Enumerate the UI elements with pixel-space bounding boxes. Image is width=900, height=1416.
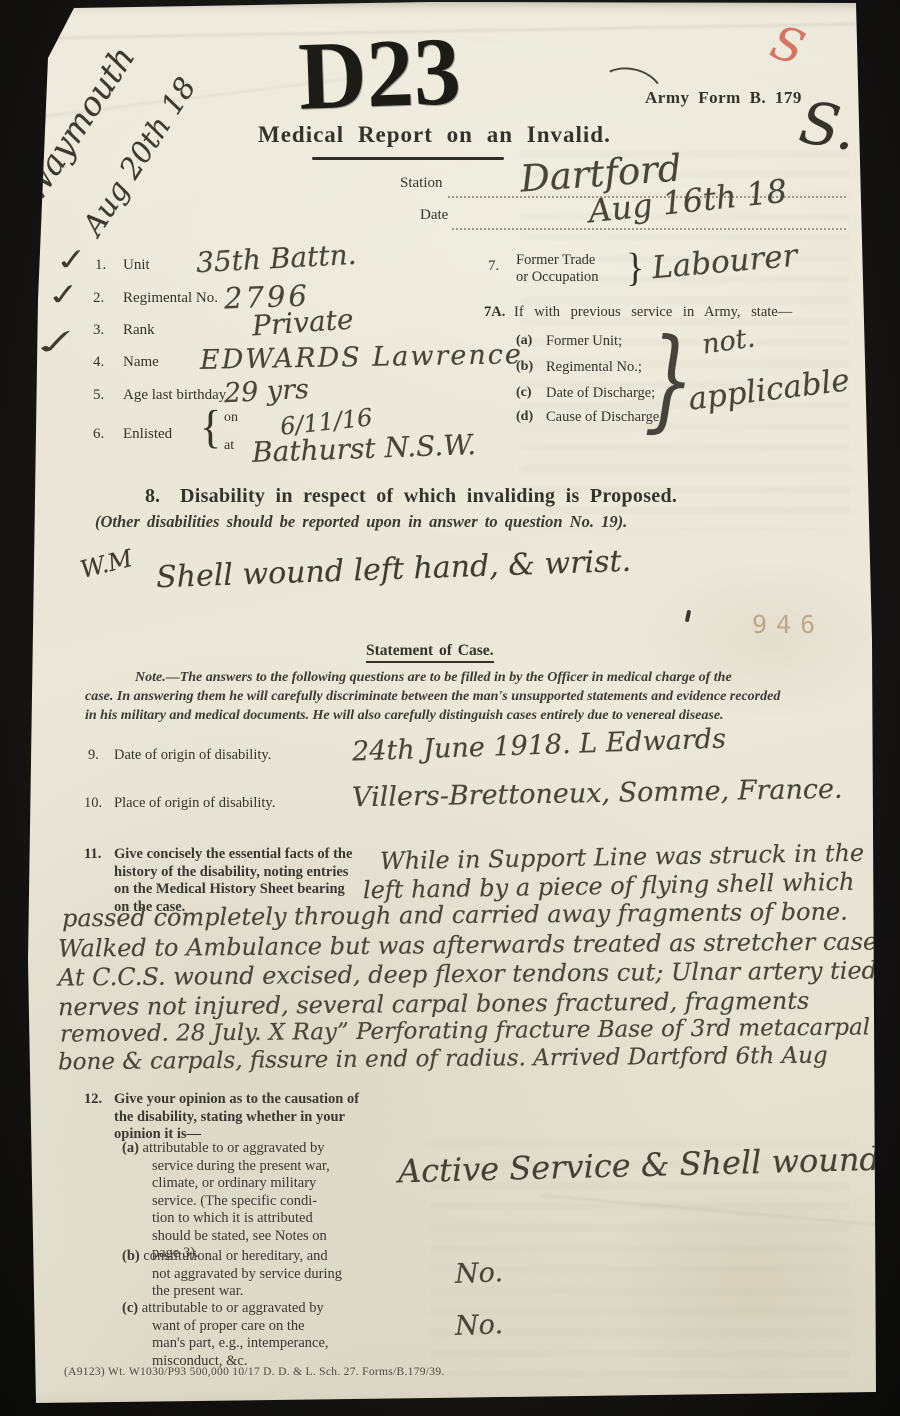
paper-stain: [600, 1150, 900, 1410]
scanned-document-photo: Waymouth Aug 20th 18 D23 Army Form B. 17…: [0, 0, 900, 1416]
examiner-initials-mark: W.M: [77, 544, 135, 584]
item-12c-block: (c) attributable to or aggravated by wan…: [122, 1300, 384, 1370]
printer-imprint: (A9123) Wt. W1030/P93 500,000 10/17 D. D…: [64, 1366, 445, 1378]
statement-note-line3: in his military and medical documents. H…: [85, 706, 841, 725]
item-12c-answer: No.: [454, 1309, 503, 1342]
item-5-number: 5.: [93, 387, 104, 404]
item-7a-b-number: (b): [516, 359, 533, 375]
item-6-label: Enlisted: [123, 426, 172, 443]
red-pencil-mark: S: [764, 14, 811, 75]
item-9-label: Date of origin of disability.: [114, 747, 271, 764]
check-mark-icon: ✓: [28, 321, 87, 364]
item-10-value: Villers-Brettoneux, Somme, France.: [352, 774, 843, 814]
item-12a-line2: service during the present war,: [152, 1158, 384, 1176]
station-label: Station: [400, 175, 443, 192]
item-12a-block: (a) attributable to or aggravated by ser…: [122, 1140, 384, 1263]
item-7-number: 7.: [488, 258, 499, 275]
section-8-answer: Shell wound left hand, & wrist.: [156, 544, 632, 596]
ink-initial-mark: S.: [795, 88, 861, 164]
item-12-label-line2: the disability, stating whether in your: [114, 1109, 382, 1127]
check-mark-icon: ✓: [45, 276, 82, 313]
item-7a-c-label: Date of Discharge;: [546, 385, 655, 402]
item-12b-line2: not aggravated by service during: [152, 1266, 384, 1284]
item-12a-answer: Active Service & Shell wound.: [398, 1140, 891, 1191]
enlisted-at-value: Bathurst N.S.W.: [251, 428, 476, 469]
item-7a-a-label: Former Unit;: [546, 333, 622, 350]
item-3-value: Private: [251, 302, 355, 342]
statement-note: Note.—The answers to the following quest…: [85, 668, 841, 725]
item-2-number: 2.: [93, 290, 104, 307]
item-12b-number: (b): [122, 1248, 140, 1264]
date-dotted-line: [452, 228, 846, 230]
item-12a-line6: should be stated, see Notes on: [152, 1228, 384, 1246]
item-5-value: 29 yrs: [223, 374, 309, 409]
item-11-label-line3: on the Medical History Sheet bearing: [114, 881, 382, 899]
item-12-number: 12.: [84, 1091, 102, 1108]
number-stamp: 946: [752, 610, 824, 639]
item-1-value: 35th Battn.: [195, 238, 357, 279]
item-12c-number: (c): [122, 1300, 138, 1316]
title-underline: [312, 157, 504, 160]
item-12-label-line1: Give your opinion as to the causation of: [114, 1091, 382, 1109]
check-mark-icon: ✓: [53, 241, 90, 278]
printed-brace: {: [200, 401, 221, 455]
paper-crease: [541, 1194, 900, 1228]
section-8-subheading: (Other disabilities should be reported u…: [95, 512, 627, 532]
handwritten-brace: }: [644, 314, 696, 446]
item-11-label-line2: history of the disability, noting entrie…: [114, 864, 382, 882]
item-7a-number: 7A.: [484, 304, 505, 321]
item-11-number: 11.: [84, 846, 101, 863]
item-12a-number: (a): [122, 1140, 139, 1156]
statement-heading: Statement of Case.: [366, 642, 494, 663]
item-7a-value-line2: applicable: [686, 362, 851, 417]
item-12c-line1: attributable to or aggravated by: [142, 1300, 324, 1316]
item-7a-d-number: (d): [516, 409, 533, 425]
item-4-number: 4.: [93, 354, 104, 371]
item-12c-line2: want of proper care on the: [152, 1318, 384, 1336]
item-12b-line1: constitutional or hereditary, and: [143, 1248, 327, 1264]
item-11-label-line1: Give concisely the essential facts of th…: [114, 846, 382, 864]
item-3-number: 3.: [93, 322, 104, 339]
item-12-label: Give your opinion as to the causation of…: [114, 1091, 382, 1144]
item-11-answer-line3: passed completely through and carried aw…: [62, 898, 848, 933]
item-12a-line4: service. (The specific condi-: [152, 1193, 384, 1211]
item-4-value: EDWARDS Lawrence: [200, 339, 523, 376]
item-12b-block: (b) constitutional or hereditary, and no…: [122, 1248, 384, 1301]
statement-note-line1: Note.—The answers to the following quest…: [85, 668, 841, 687]
enlisted-at-label: at: [224, 438, 234, 454]
item-7a-a-number: (a): [516, 333, 532, 349]
section-8-heading: Disability in respect of which invalidin…: [180, 485, 677, 508]
item-12a-line1: attributable to or aggravated by: [143, 1140, 325, 1156]
item-3-label: Rank: [123, 322, 155, 339]
item-7a-value-line1: not.: [700, 322, 757, 360]
item-7-value: Labourer: [651, 238, 799, 287]
item-7a-b-label: Regimental No.;: [546, 359, 642, 376]
item-1-label: Unit: [123, 257, 150, 274]
d23-stamp: D23: [297, 15, 463, 132]
item-7-label-line1: Former Trade: [516, 252, 595, 269]
item-7a-d-label: Cause of Discharge: [546, 409, 659, 426]
form-paper: Waymouth Aug 20th 18 D23 Army Form B. 17…: [0, 0, 900, 1416]
item-12b-line3: the present war.: [152, 1283, 384, 1301]
date-label: Date: [420, 207, 448, 224]
item-12a-line3: climate, or ordinary military: [152, 1175, 384, 1193]
item-12b-answer: No.: [454, 1257, 503, 1290]
form-title: Medical Report on an Invalid.: [258, 122, 611, 148]
item-12c-line3: man's part, e.g., intemperance,: [152, 1335, 384, 1353]
item-7-label-line2: or Occupation: [516, 269, 599, 286]
item-7a-c-number: (c): [516, 385, 532, 401]
form-number: Army Form B. 179: [645, 88, 802, 108]
statement-note-line2: case. In answering them he will carefull…: [85, 687, 841, 706]
item-11-answer-line8: bone & carpals, fissure in end of radius…: [58, 1043, 828, 1076]
section-8-number: 8.: [145, 485, 160, 508]
item-2-label: Regimental No.: [123, 290, 218, 307]
ink-speck: [685, 610, 691, 623]
item-9-value: 24th June 1918. L Edwards: [352, 723, 727, 767]
printed-brace: }: [626, 245, 644, 291]
item-9-number: 9.: [88, 747, 99, 764]
item-4-label: Name: [123, 354, 159, 371]
item-1-number: 1.: [95, 257, 106, 274]
item-6-number: 6.: [93, 426, 104, 443]
item-10-number: 10.: [84, 795, 102, 812]
item-12a-line5: tion to which it is attributed: [152, 1210, 384, 1228]
enlisted-on-label: on: [224, 410, 238, 426]
item-10-label: Place of origin of disability.: [114, 795, 275, 812]
